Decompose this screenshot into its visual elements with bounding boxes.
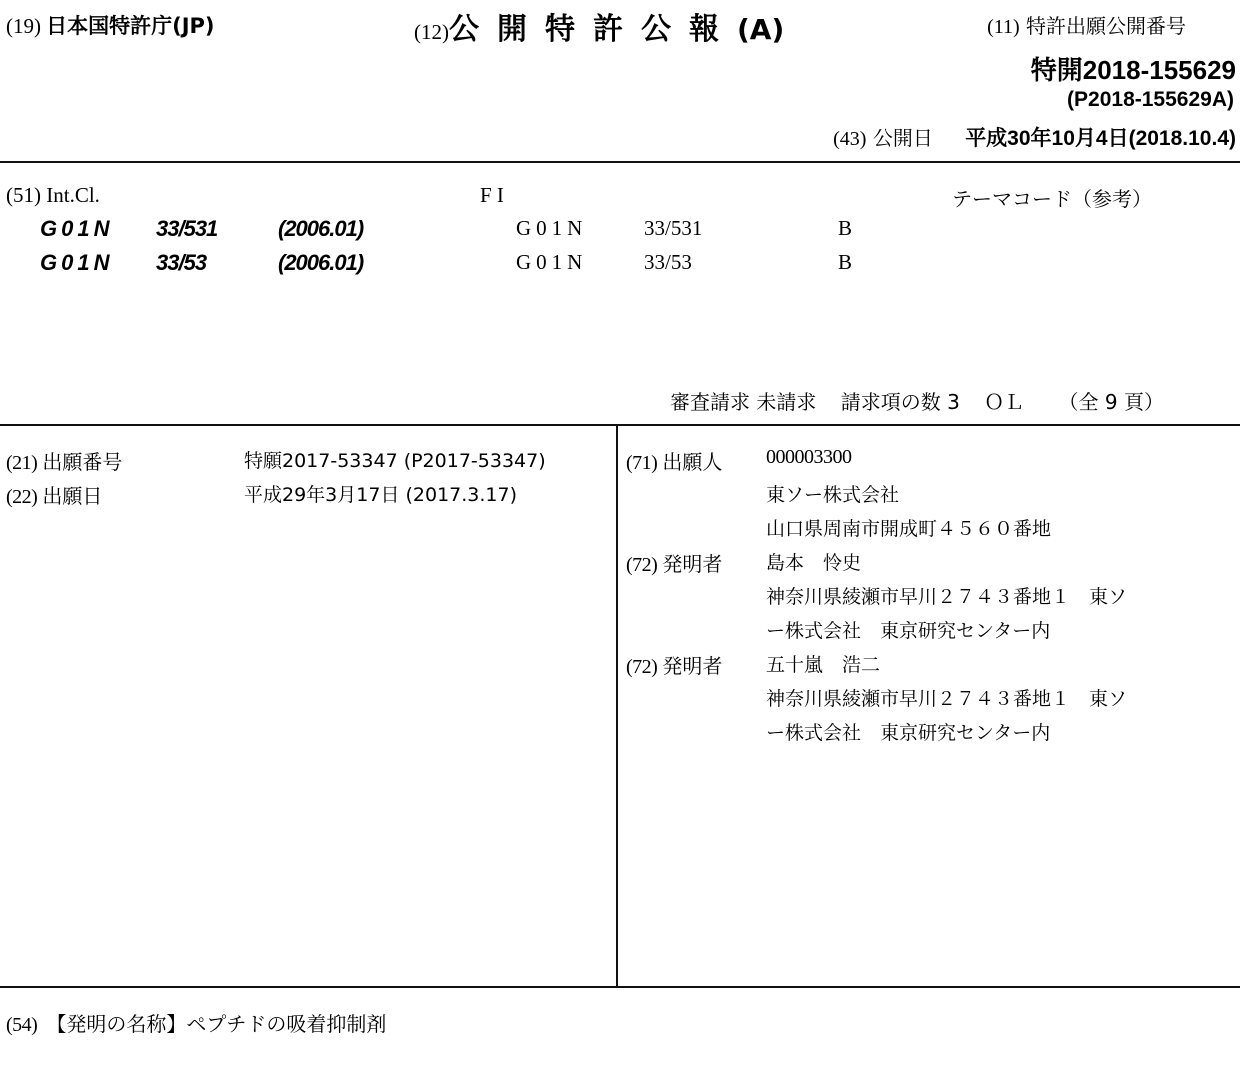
inid-code: (43) bbox=[833, 128, 866, 150]
inid-code: (21) bbox=[6, 452, 37, 474]
inventor-name: 五十嵐 浩二 bbox=[766, 650, 880, 677]
inid-code: (11) bbox=[987, 16, 1020, 38]
exam-request: 審査請求 未請求 bbox=[670, 390, 816, 414]
document-type-name: 公開特許公報 bbox=[449, 12, 737, 47]
issuing-office: (19) 日本国特許庁(JP) bbox=[6, 10, 215, 40]
application-number: (21) 出願番号 bbox=[6, 446, 122, 475]
inid-code: (12) bbox=[414, 20, 449, 44]
inid-code: (22) bbox=[6, 486, 37, 508]
claim-count: 請求項の数 3 bbox=[841, 390, 960, 414]
label: 発明者 bbox=[662, 552, 722, 576]
int-cl-label: (51) Int.Cl. bbox=[6, 183, 100, 208]
applicant-id: 000003300 bbox=[766, 446, 852, 469]
column-divider bbox=[616, 424, 618, 988]
ipc-class: G01N bbox=[40, 216, 113, 242]
title-label: 【発明の名称】 bbox=[46, 1012, 186, 1036]
exam-status: 審査請求 未請求 請求項の数 3 ＯＬ （全 9 頁） bbox=[670, 386, 1164, 415]
theme-code-label: テーマコード（参考） bbox=[952, 183, 1152, 212]
ipc-class: G01N bbox=[40, 250, 113, 276]
label: 公開日 bbox=[873, 126, 933, 150]
inid-code: (54) bbox=[6, 1014, 37, 1036]
document-type: (12)公開特許公報(A) bbox=[414, 4, 784, 48]
inventor-address-line: 神奈川県綾瀬市早川２７４３番地１ 東ソ bbox=[766, 684, 1127, 711]
applicant-label: (71) 出願人 bbox=[626, 446, 722, 475]
fi-class: G01N bbox=[516, 216, 587, 241]
publication-number: 特開2018-155629 bbox=[1031, 50, 1236, 87]
ipc-group: 33/53 bbox=[156, 250, 206, 276]
inid-code: (72) bbox=[626, 656, 657, 678]
publication-number-alt: (P2018-155629A) bbox=[1067, 88, 1234, 112]
inventor-address-line: ー株式会社 東京研究センター内 bbox=[766, 718, 1050, 745]
label: 出願日 bbox=[42, 484, 102, 508]
fi-group: 33/53 bbox=[644, 250, 692, 275]
ipc-version: (2006.01) bbox=[278, 250, 363, 276]
title-value: ペプチドの吸着抑制剤 bbox=[186, 1012, 386, 1036]
divider bbox=[0, 986, 1240, 988]
page-count: （全 9 頁） bbox=[1059, 390, 1164, 414]
application-number-value: 特願2017-53347 (P2017-53347) bbox=[244, 446, 546, 473]
publication-date-value: 平成30年10月4日(2018.10.4) bbox=[965, 127, 1236, 150]
fi-code: B bbox=[838, 216, 852, 241]
inventor-label: (72) 発明者 bbox=[626, 548, 722, 577]
fi-label: F I bbox=[480, 183, 504, 208]
fi-group: 33/531 bbox=[644, 216, 702, 241]
office-name: 日本国特許庁(JP) bbox=[46, 14, 214, 38]
label: 出願番号 bbox=[42, 450, 122, 474]
publication-date: (43) 公開日 平成30年10月4日(2018.10.4) bbox=[833, 122, 1236, 152]
ipc-version: (2006.01) bbox=[278, 216, 363, 242]
ipc-group: 33/531 bbox=[156, 216, 217, 242]
inid-code: (19) bbox=[6, 14, 41, 38]
application-date-value: 平成29年3月17日 (2017.3.17) bbox=[244, 480, 517, 507]
divider bbox=[0, 161, 1240, 163]
inventor-label: (72) 発明者 bbox=[626, 650, 722, 679]
application-date: (22) 出願日 bbox=[6, 480, 102, 509]
label: 発明者 bbox=[662, 654, 722, 678]
fi-code: B bbox=[838, 250, 852, 275]
inventor-address-line: 神奈川県綾瀬市早川２７４３番地１ 東ソ bbox=[766, 582, 1127, 609]
inventor-name: 島本 怜史 bbox=[766, 548, 861, 575]
divider bbox=[0, 424, 1240, 426]
invention-title: (54) 【発明の名称】ペプチドの吸着抑制剤 bbox=[6, 1008, 386, 1037]
label: 特許出願公開番号 bbox=[1026, 14, 1186, 38]
document-kind: (A) bbox=[737, 13, 784, 46]
inid-code: (72) bbox=[626, 554, 657, 576]
applicant-name: 東ソー株式会社 bbox=[766, 480, 899, 507]
applicant-address: 山口県周南市開成町４５６０番地 bbox=[766, 514, 1051, 541]
inid-code: (71) bbox=[626, 452, 657, 474]
fi-class: G01N bbox=[516, 250, 587, 275]
publication-number-label: (11) 特許出願公開番号 bbox=[987, 10, 1186, 39]
label: 出願人 bbox=[662, 450, 722, 474]
application-type: ＯＬ bbox=[984, 390, 1024, 414]
inventor-address-line: ー株式会社 東京研究センター内 bbox=[766, 616, 1050, 643]
